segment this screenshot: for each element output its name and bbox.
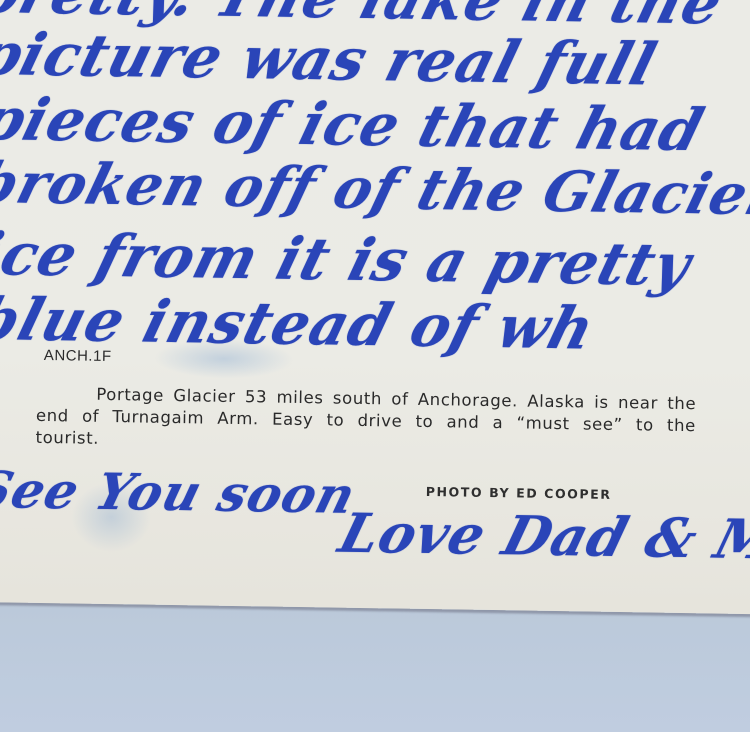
handwritten-line: broken off of the Glacier. [0,150,750,229]
photo-scene: pretty. The lake in the picture was real… [0,0,750,750]
printed-caption: Portage Glacier 53 miles south of Anchor… [35,383,696,459]
postcard-back: pretty. The lake in the picture was real… [0,0,750,615]
caption-indent [36,399,96,400]
caption-text: Portage Glacier 53 miles south of Anchor… [35,385,696,448]
card-code: ANCH.1F [44,347,112,365]
handwritten-closing: See You soon [0,460,362,525]
photo-credit: PHOTO BY ED COOPER [426,484,612,502]
handwritten-signature: Love Dad & M [333,501,750,572]
